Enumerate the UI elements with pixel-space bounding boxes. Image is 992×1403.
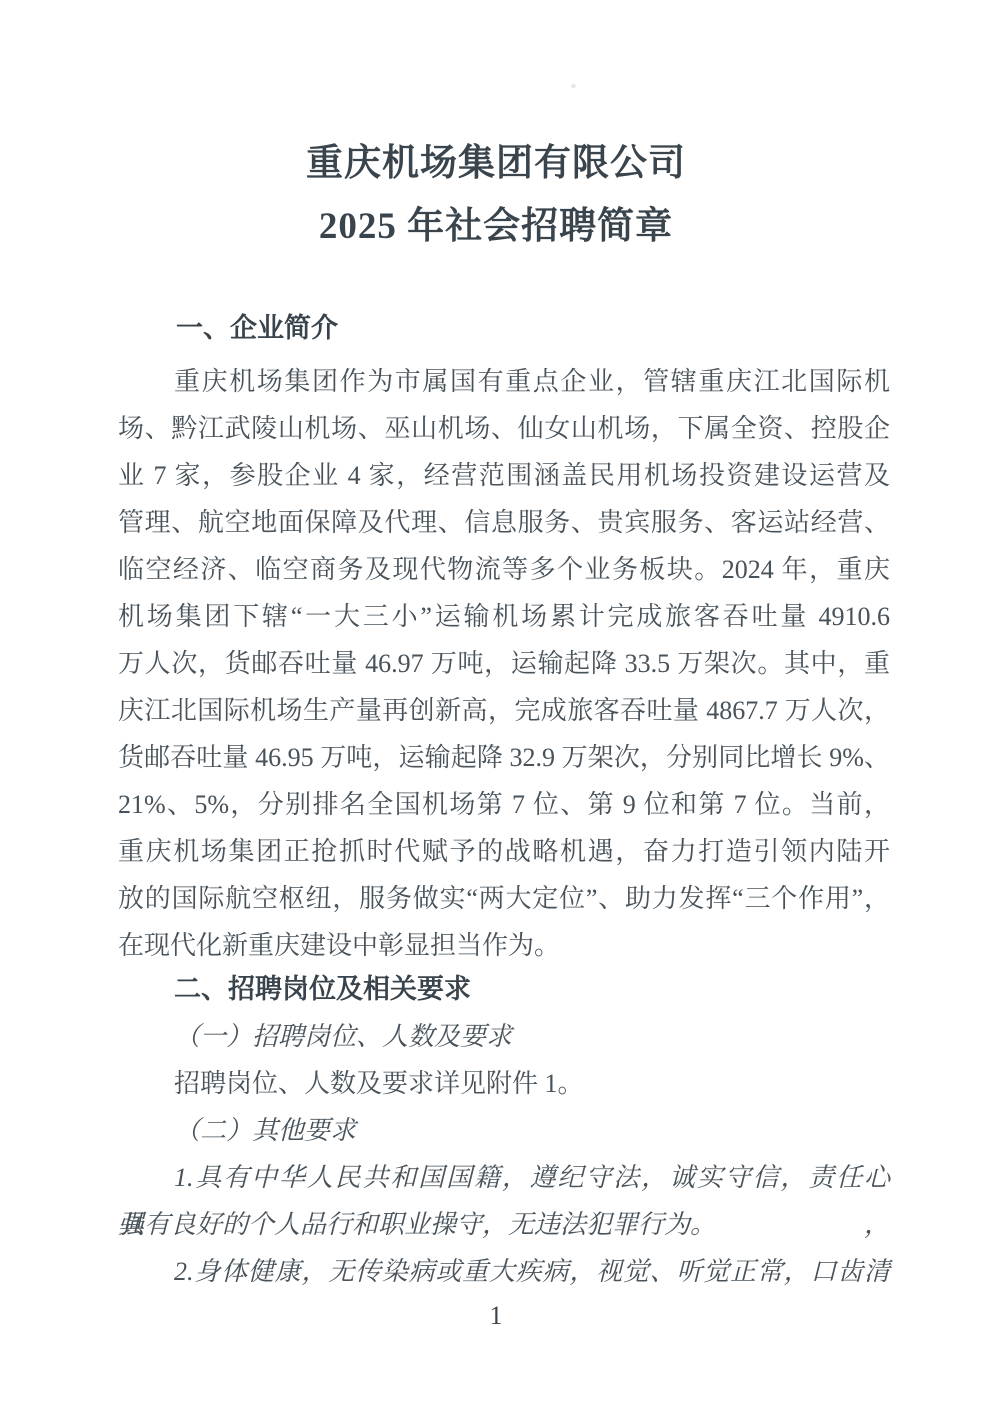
subsection-heading-other-requirements: （二）其他要求 <box>118 1107 890 1154</box>
recruitment-requirements-section: 二、招聘岗位及相关要求 （一）招聘岗位、人数及要求 招聘岗位、人数及要求详见附件… <box>118 966 890 1295</box>
paragraph-line: 管理、航空地面保障及代理、信息服务、贵宾服务、客运站经营、 <box>118 499 890 546</box>
paragraph-line: 在现代化新重庆建设中彰显担当作为。 <box>118 922 890 969</box>
paragraph-line: 重庆机场集团作为市属国有重点企业，管辖重庆江北国际机 <box>118 358 890 405</box>
paragraph-line: 临空经济、临空商务及现代物流等多个业务板块。2024 年，重庆 <box>118 546 890 593</box>
paragraph-line: 庆江北国际机场生产量再创新高，完成旅客吞吐量 4867.7 万人次， <box>118 687 890 734</box>
company-intro-paragraph: 重庆机场集团作为市属国有重点企业，管辖重庆江北国际机 场、黔江武陵山机场、巫山机… <box>118 358 890 969</box>
requirement-item-line: 2.身体健康，无传染病或重大疾病，视觉、听觉正常，口齿清 <box>118 1248 890 1295</box>
paragraph-line: 机场集团下辖“一大三小”运输机场累计完成旅客吞吐量 4910.6 <box>118 593 890 640</box>
subsection-heading-positions: （一）招聘岗位、人数及要求 <box>118 1013 890 1060</box>
page-title: 重庆机场集团有限公司 <box>0 132 992 195</box>
paragraph-line: 重庆机场集团正抢抓时代赋予的战略机遇，奋力打造引领内陆开 <box>118 828 890 875</box>
paragraph-line: 业 7 家，参股企业 4 家，经营范围涵盖民用机场投资建设运营及 <box>118 452 890 499</box>
page-number: 1 <box>0 1292 992 1339</box>
document-page: 重庆机场集团有限公司 2025 年社会招聘简章 一、企业简介 重庆机场集团作为市… <box>0 0 992 1403</box>
scan-artifact-dot <box>571 84 576 88</box>
section-heading-company-intro: 一、企业简介 <box>118 305 890 352</box>
paragraph-line: 万人次，货邮吞吐量 46.97 万吨，运输起降 33.5 万架次。其中，重 <box>118 640 890 687</box>
paragraph-line: 场、黔江武陵山机场、巫山机场、仙女山机场，下属全资、控股企 <box>118 405 890 452</box>
paragraph-line: 放的国际航空枢纽，服务做实“两大定位”、助力发挥“三个作用”， <box>118 875 890 922</box>
requirement-item-line: 1.具有中华人民共和国国籍，遵纪守法，诚实守信，责任心强， <box>118 1154 890 1201</box>
page-subtitle: 2025 年社会招聘简章 <box>0 195 992 258</box>
paragraph-line: 货邮吞吐量 46.95 万吨，运输起降 32.9 万架次，分别同比增长 9%、 <box>118 734 890 781</box>
positions-reference-text: 招聘岗位、人数及要求详见附件 1。 <box>118 1060 890 1107</box>
document-title-block: 重庆机场集团有限公司 2025 年社会招聘简章 <box>0 132 992 258</box>
section-heading-positions-requirements: 二、招聘岗位及相关要求 <box>118 966 890 1013</box>
paragraph-line: 21%、5%，分别排名全国机场第 7 位、第 9 位和第 7 位。当前， <box>118 781 890 828</box>
